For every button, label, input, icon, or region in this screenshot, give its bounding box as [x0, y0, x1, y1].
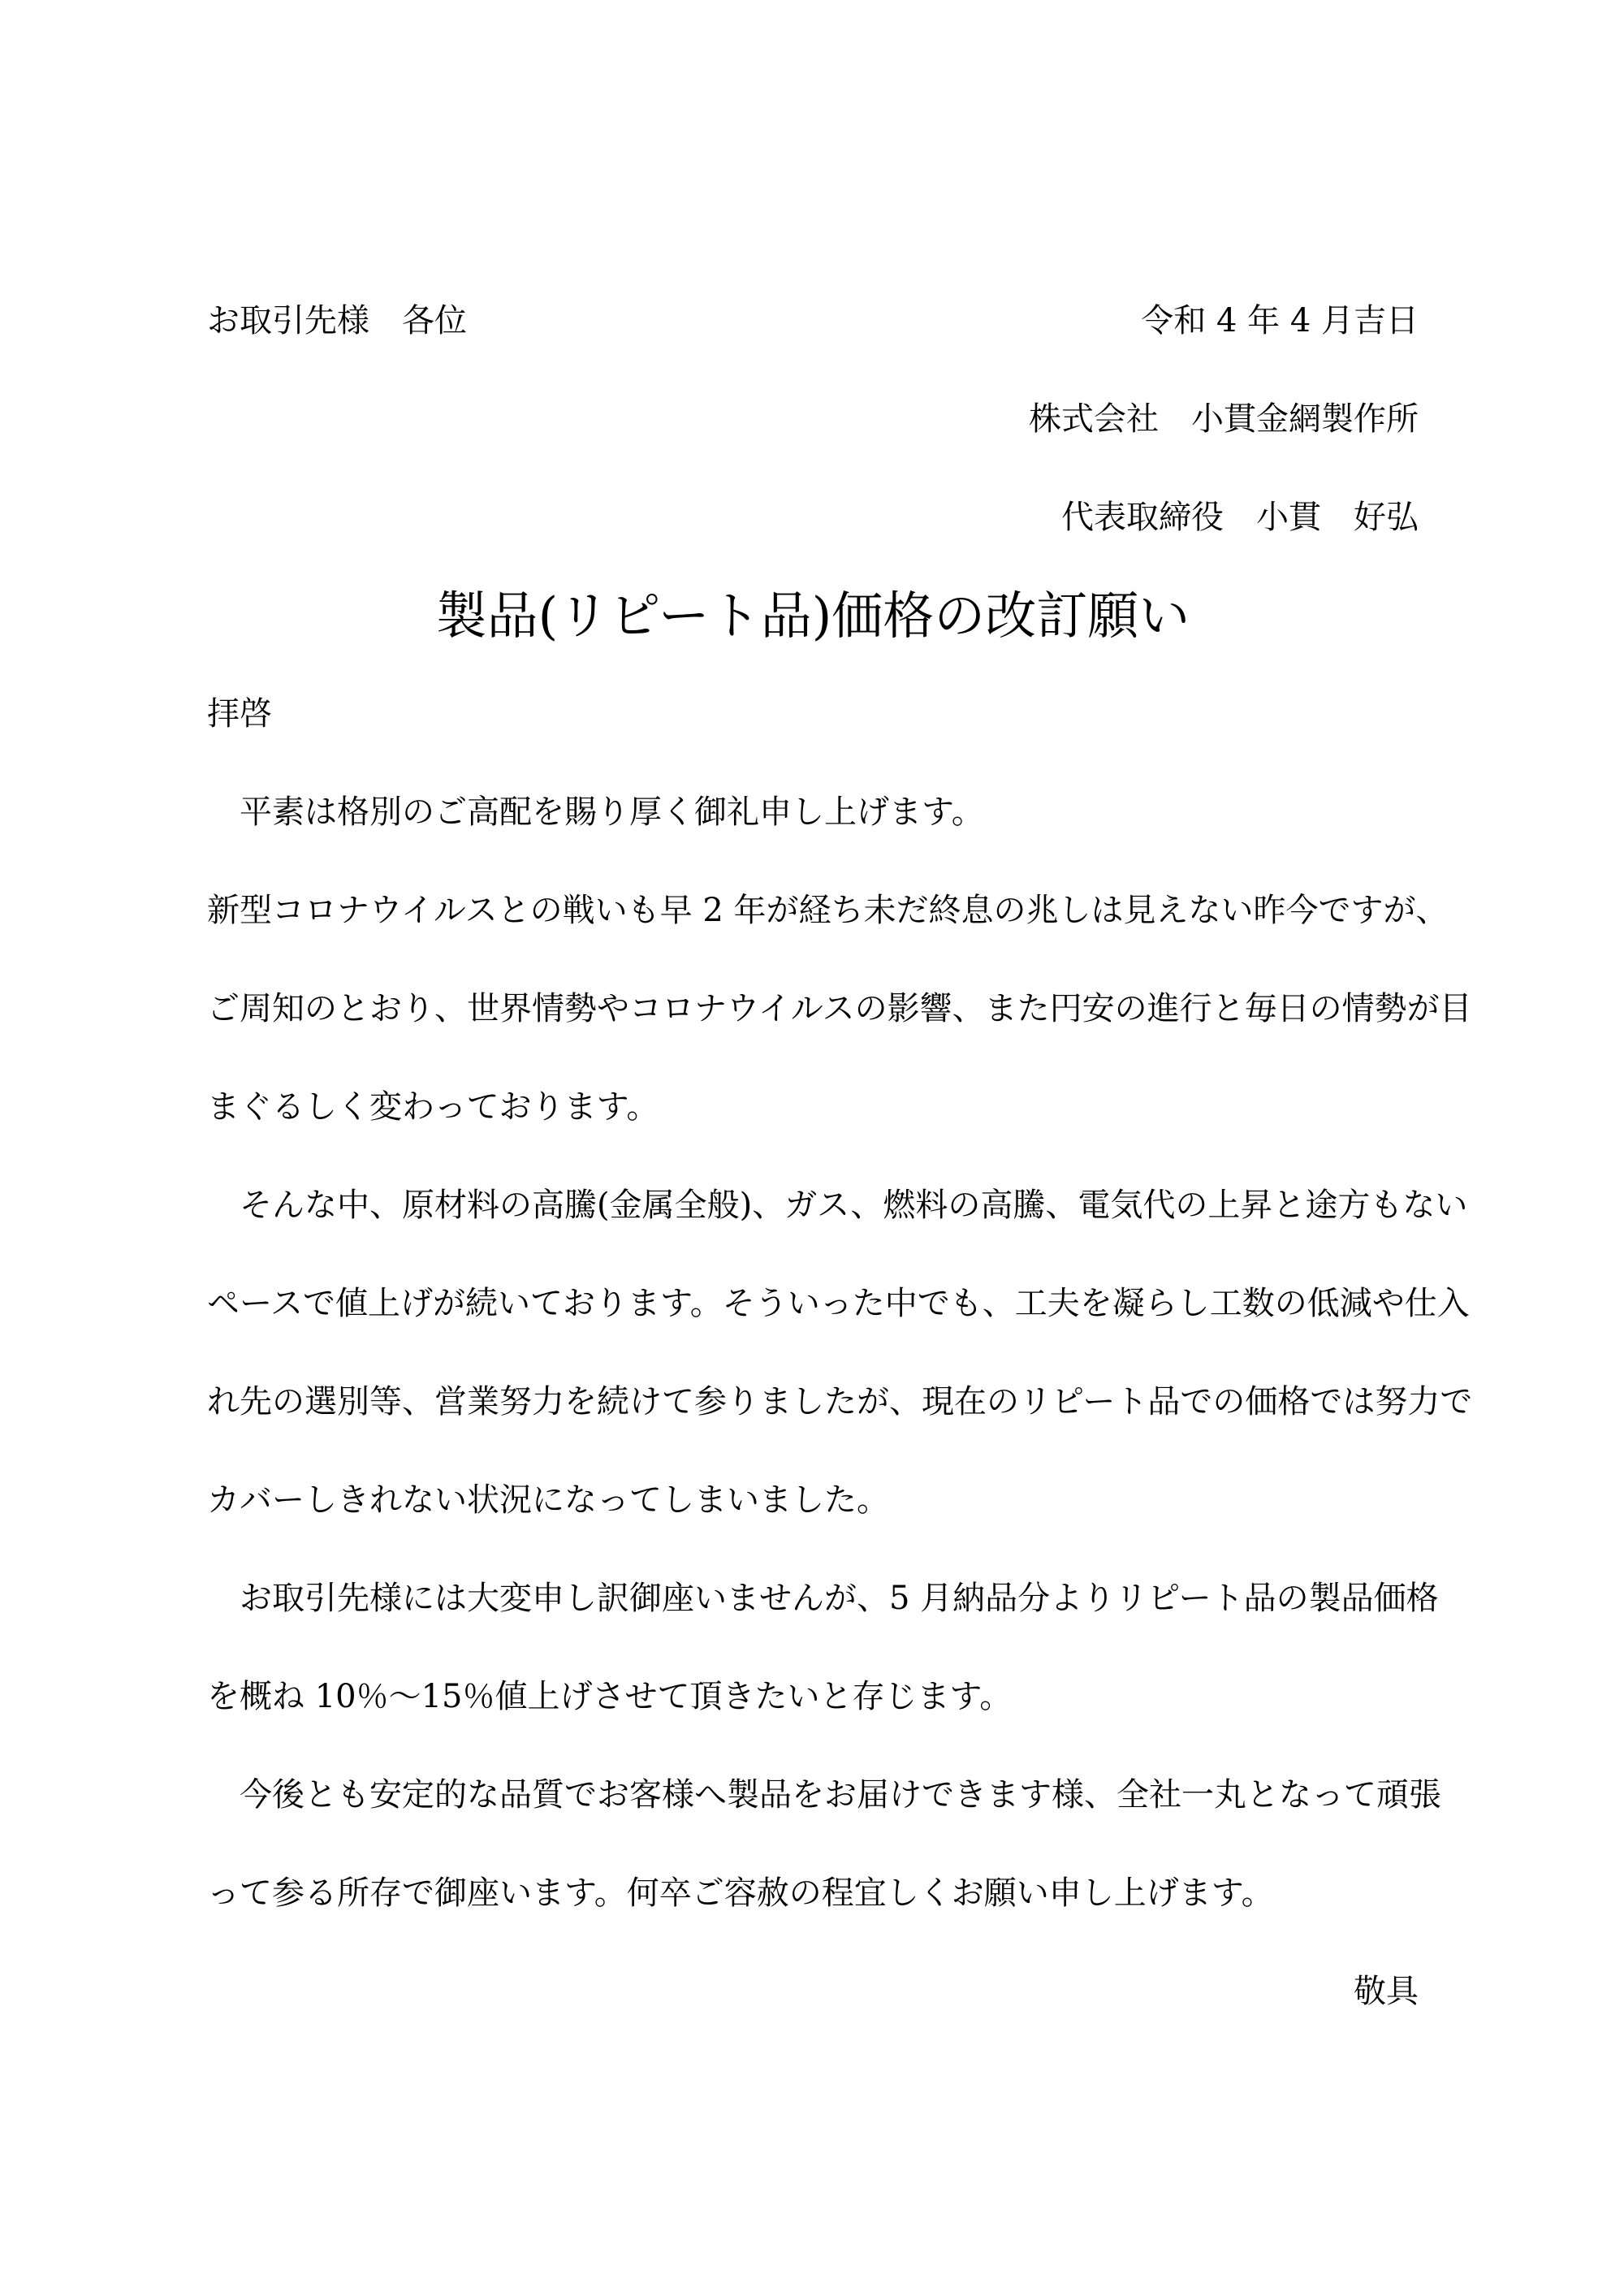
body-line: ペースで値上げが続いております。そういった中でも、工夫を凝らし工数の低減や仕入 — [207, 1255, 1419, 1353]
letter-title: 製品(リピート品)価格の改訂願い — [207, 567, 1419, 665]
recipient-line: お取引先様 各位 — [207, 272, 467, 370]
closing-line: 敬具 — [207, 1943, 1419, 2041]
body-line: って参る所存で御座います。何卒ご容赦の程宜しくお願い申し上げます。 — [207, 1844, 1419, 1943]
body-line: を概ね 10％～15％値上げさせて頂きたいと存じます。 — [207, 1648, 1419, 1746]
body-line: 平素は格別のご高配を賜り厚く御礼申し上げます。 — [207, 763, 1419, 862]
body-line: まぐるしく変わっております。 — [207, 1058, 1419, 1157]
body-line: お取引先様には大変申し訳御座いませんが、5 月納品分よりリピート品の製品価格 — [207, 1550, 1419, 1648]
body-line: 新型コロナウイルスとの戦いも早 2 年が経ち未だ終息の兆しは見えない昨今ですが、 — [207, 862, 1419, 960]
letter-header-row: お取引先様 各位 令和 4 年 4 月吉日 — [207, 272, 1419, 370]
body-line: カバーしきれない状況になってしまいました。 — [207, 1451, 1419, 1550]
company-name-line: 株式会社 小貫金網製作所 — [207, 370, 1419, 469]
representative-name-line: 代表取締役 小貫 好弘 — [207, 469, 1419, 567]
body-line: そんな中、原材料の高騰(金属全般)、ガス、燃料の高騰、電気代の上昇と途方もない — [207, 1157, 1419, 1255]
body-line: れ先の選別等、営業努力を続けて参りましたが、現在のリピート品での価格では努力で — [207, 1353, 1419, 1451]
body-line: 今後とも安定的な品質でお客様へ製品をお届けできます様、全社一丸となって頑張 — [207, 1746, 1419, 1844]
letter-document: お取引先様 各位 令和 4 年 4 月吉日 株式会社 小貫金網製作所 代表取締役… — [0, 0, 1624, 2296]
date-line: 令和 4 年 4 月吉日 — [1141, 272, 1419, 370]
salutation-line: 拝啓 — [207, 665, 1419, 763]
body-line: ご周知のとおり、世界情勢やコロナウイルスの影響、また円安の進行と毎日の情勢が目 — [207, 960, 1419, 1058]
